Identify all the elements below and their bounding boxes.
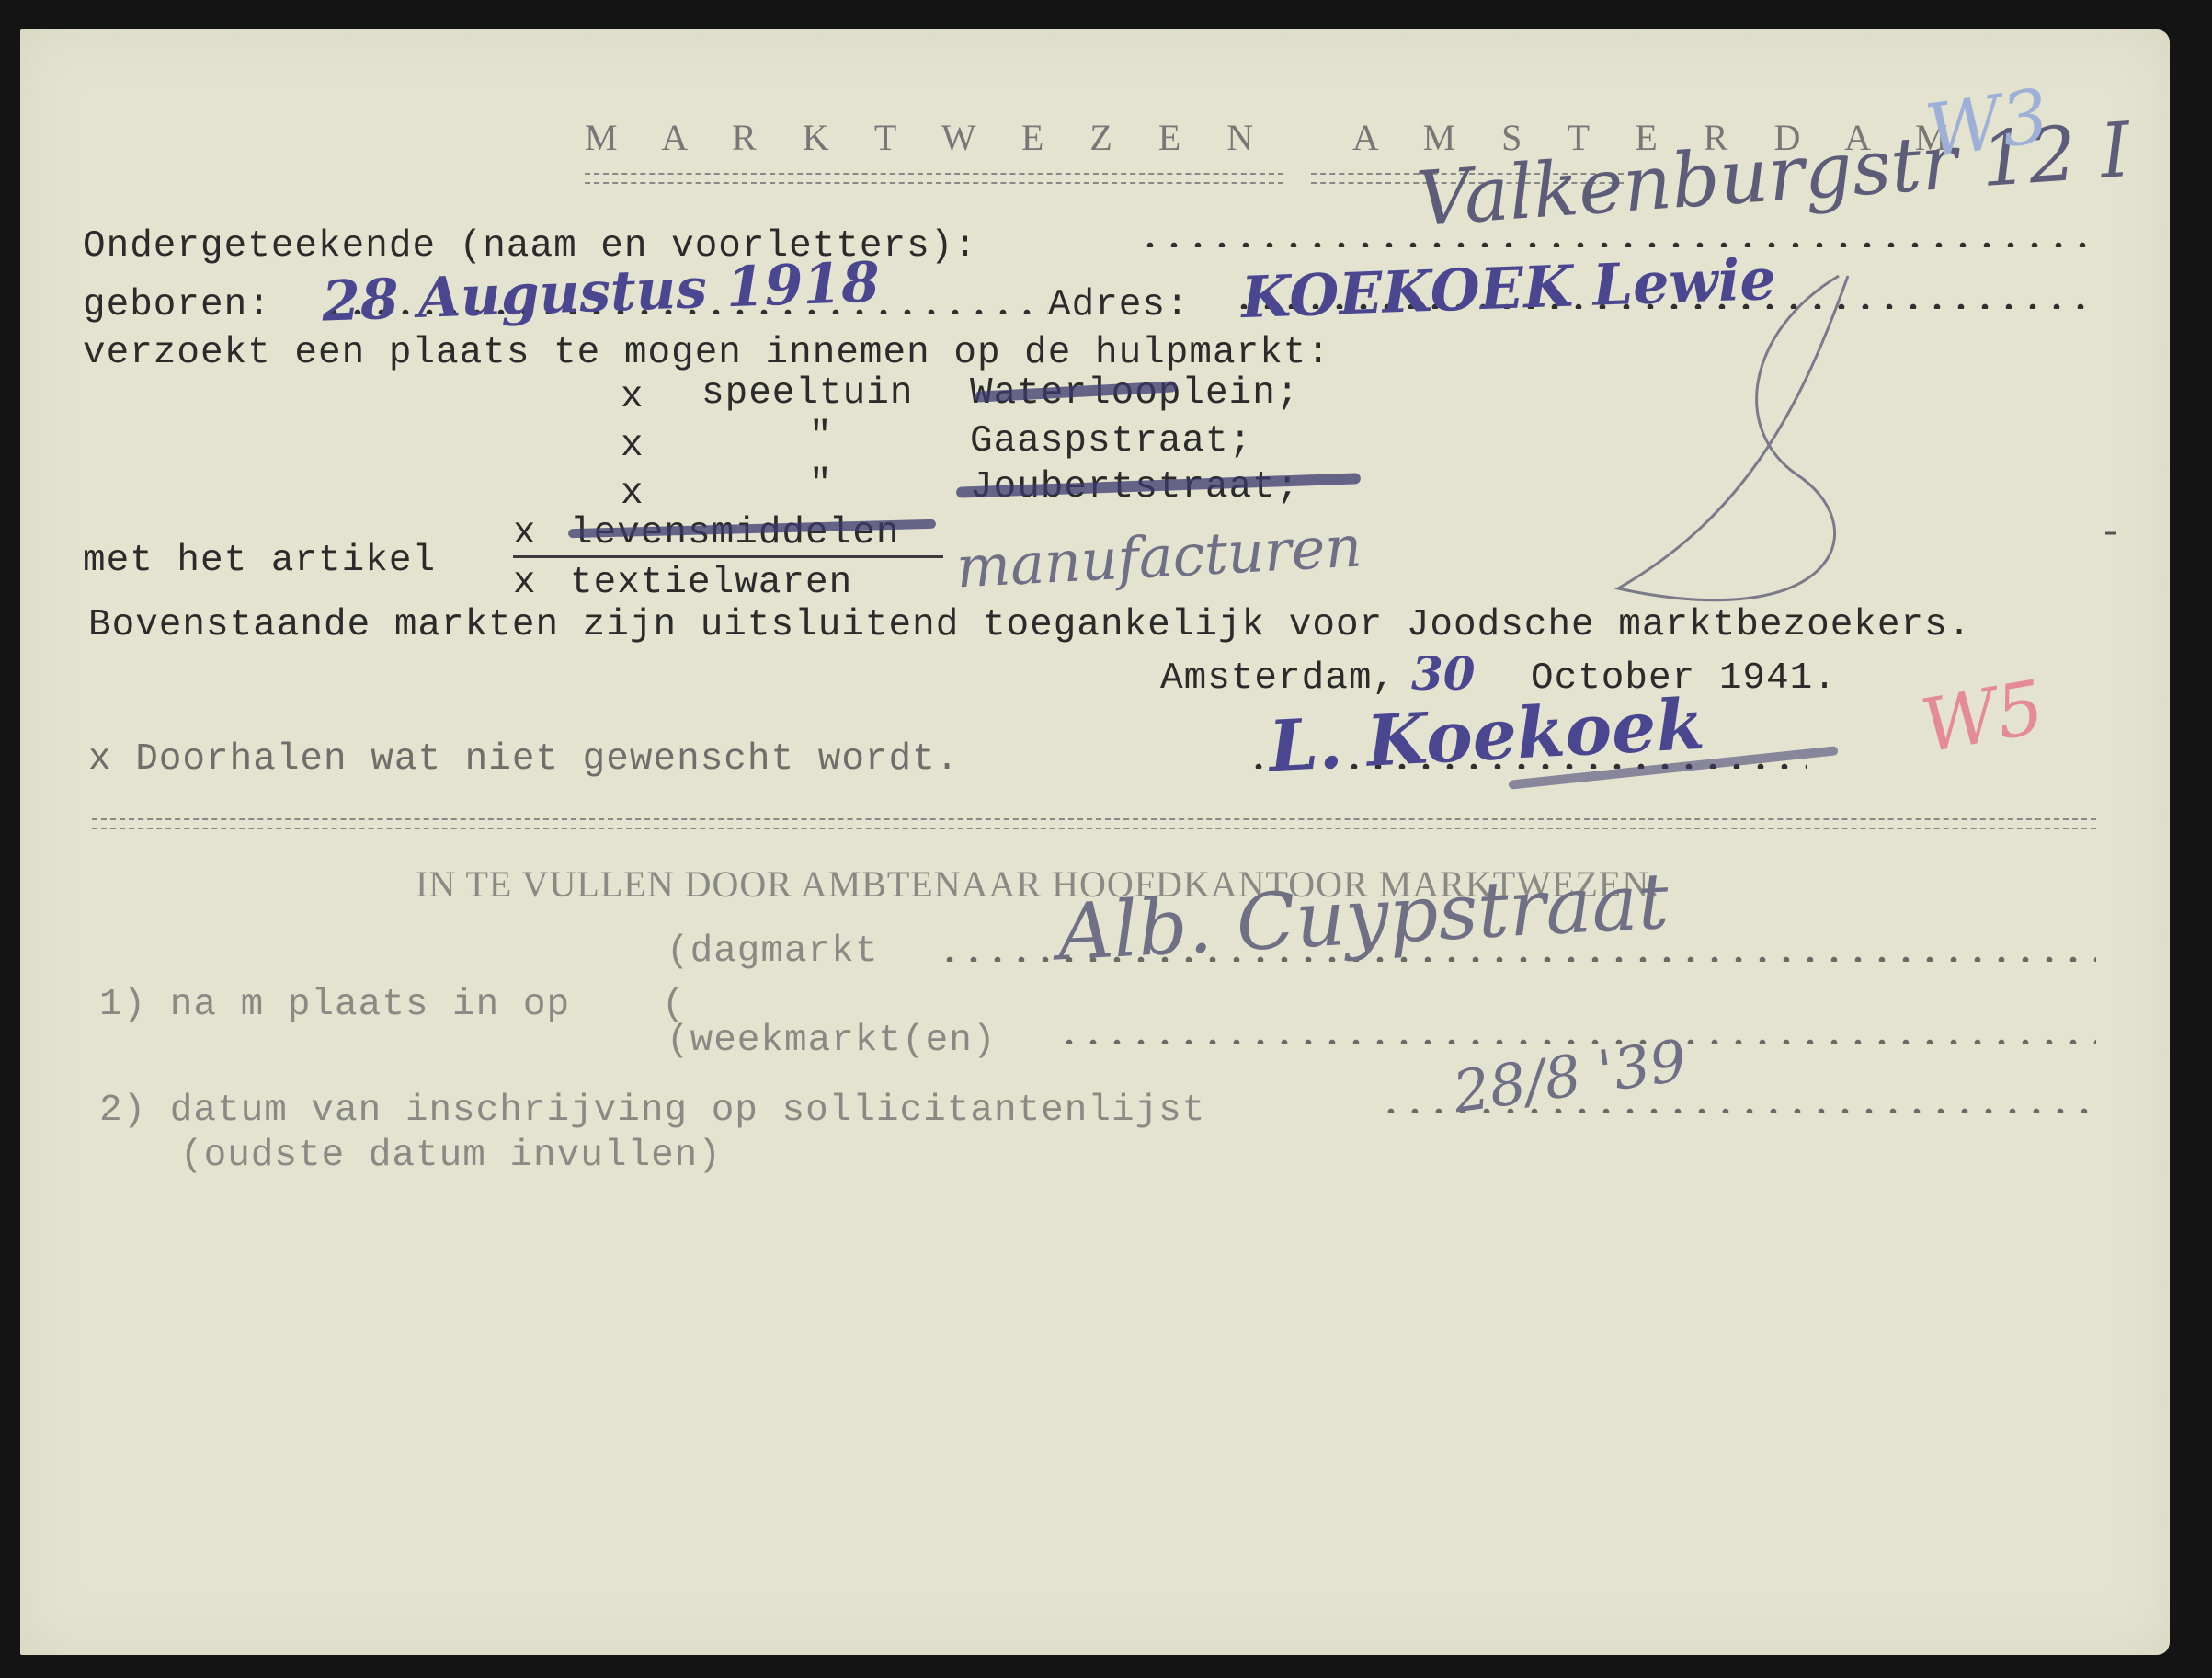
address-handwritten: KOEKOEK Lewie xyxy=(1240,251,1777,326)
week-market-label: (weekmarkt(en) xyxy=(667,1022,996,1060)
article-option-1-marker: x xyxy=(513,515,537,553)
market-2-name: Gaaspstraat; xyxy=(970,423,1252,461)
market-2-prefix: " xyxy=(809,418,833,456)
notice-text: Bovenstaande markten zijn uitsluitend to… xyxy=(88,607,1971,645)
place-date-day-handwritten: 30 xyxy=(1411,651,1476,697)
address-label: Adres: xyxy=(1048,287,1190,325)
item-2-label: 2) datum van inschrijving op sollicitant… xyxy=(99,1092,1205,1130)
annotation-top-right: W3 xyxy=(1921,79,2053,169)
article-fraction-bar xyxy=(513,555,943,558)
article-label: met het artikel xyxy=(83,542,436,580)
title-underline xyxy=(585,173,1283,184)
article-option-2-name: textielwaren xyxy=(570,565,852,602)
market-3-prefix: " xyxy=(809,466,833,504)
item-2-sublabel: (oudste datum invullen) xyxy=(180,1137,722,1175)
request-text: verzoekt een plaats te mogen innemen op … xyxy=(83,335,1330,372)
day-market-label: (dagmarkt xyxy=(667,933,878,971)
market-1-prefix: speeltuin xyxy=(701,375,913,413)
article-option-2-marker: x xyxy=(513,565,537,602)
item-1-label: 1) na m plaats in op xyxy=(99,987,570,1024)
place-date-prefix: Amsterdam, xyxy=(1160,660,1396,698)
item-1-bracket: ( xyxy=(662,987,686,1024)
born-label: geboren: xyxy=(83,287,271,325)
applicant-dotted-line xyxy=(1138,242,2094,247)
strike-instruction: x Doorhalen wat niet gewenscht wordt. xyxy=(88,741,959,779)
market-1-marker: x xyxy=(621,379,644,417)
annotation-right-red: W5 xyxy=(1916,670,2049,764)
market-3-marker: x xyxy=(621,475,644,513)
section-separator xyxy=(92,818,2096,829)
market-2-marker: x xyxy=(621,428,644,465)
